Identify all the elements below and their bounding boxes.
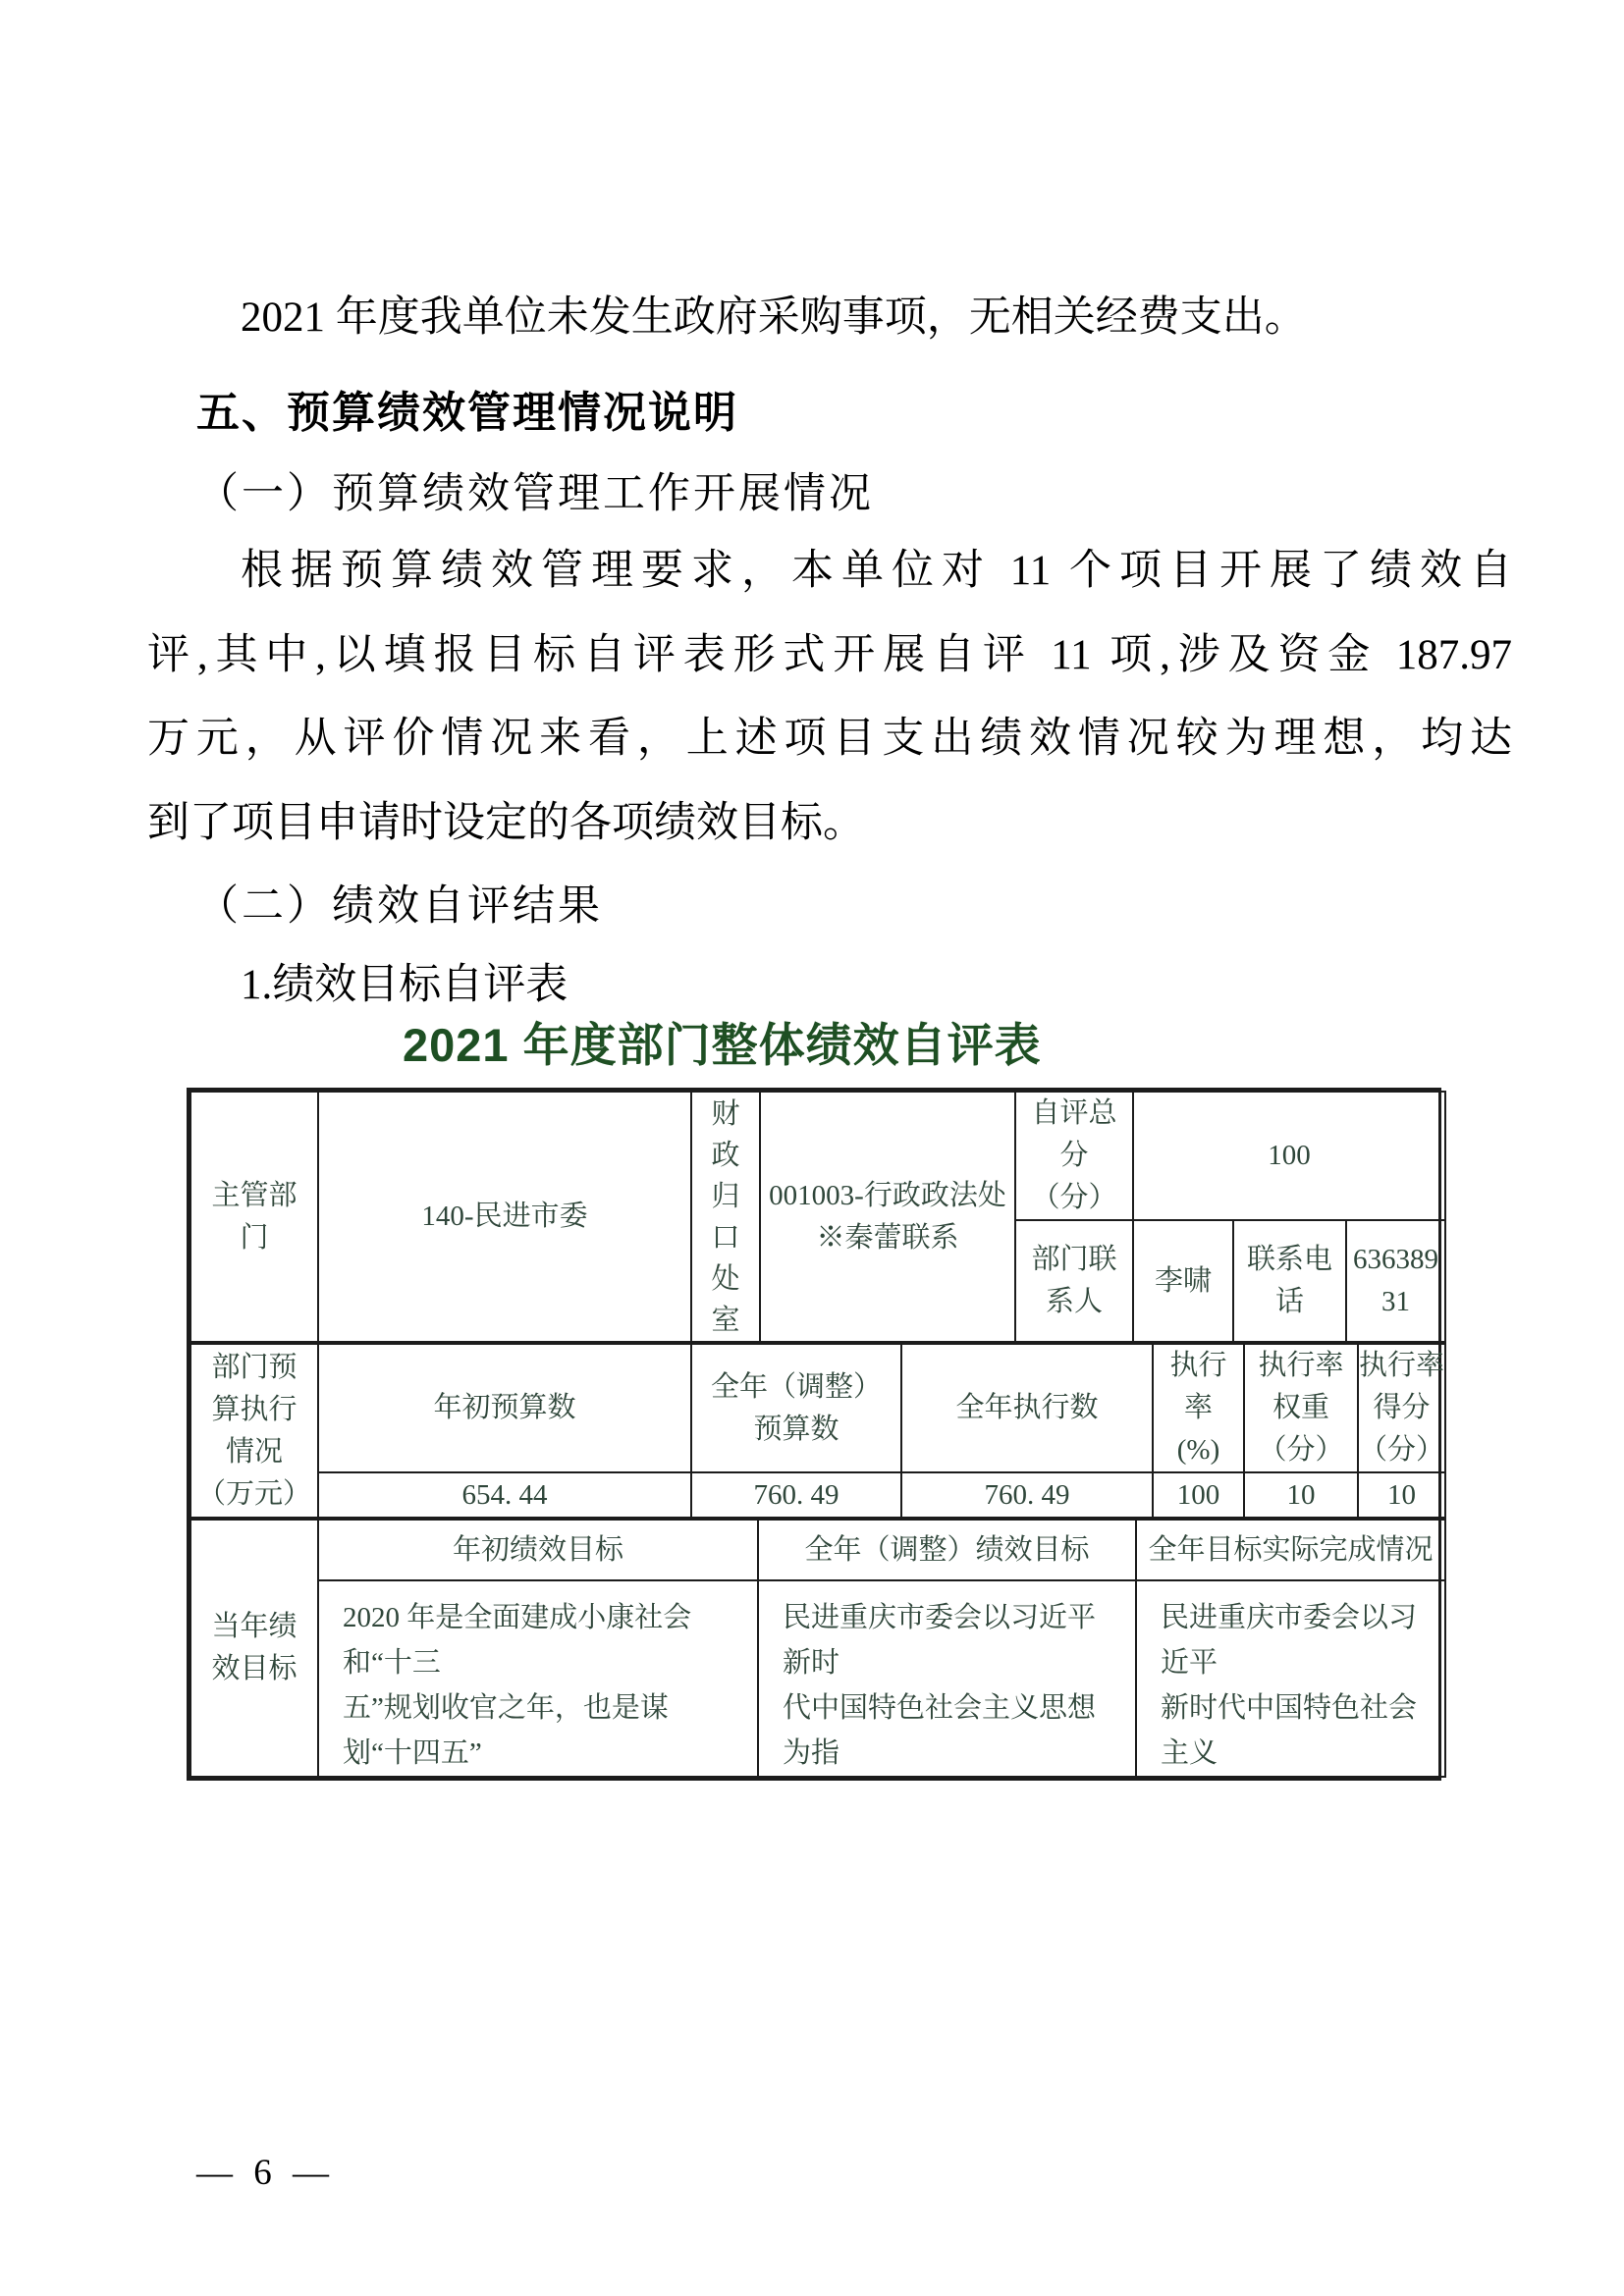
cell-budget-header-weight: 执行率 权重 （分） <box>1244 1344 1358 1472</box>
document-page: 2021 年度我单位未发生政府采购事项，无相关经费支出。 五、预算绩效管理情况说… <box>0 0 1624 2296</box>
cell-budget-value-initial: 654. 44 <box>318 1472 691 1518</box>
cell-budget-value-executed: 760. 49 <box>901 1472 1153 1518</box>
cell-budget-value-weight: 10 <box>1244 1472 1358 1518</box>
paragraph-performance-line-2: 评,其中,以填报目标自评表形式开展自评 11 项,涉及资金 187.97 <box>147 628 1512 683</box>
cell-budget-header-adjusted: 全年（调整） 预算数 <box>691 1344 901 1472</box>
cell-goals-value-adjusted: 民进重庆市委会以习近平新时 代中国特色社会主义思想为指 <box>758 1580 1136 1777</box>
cell-finance-office-label: 财 政 归 口 处 室 <box>691 1092 760 1342</box>
cell-contact-label: 部门联 系人 <box>1015 1220 1133 1342</box>
heading-sub-1: （一）预算绩效管理工作开展情况 <box>196 460 874 520</box>
table-band-goals: 当年绩 效目标 年初绩效目标 全年（调整）绩效目标 全年目标实际完成情况 202… <box>189 1519 1446 1778</box>
cell-budget-header-initial: 年初预算数 <box>318 1344 691 1472</box>
cell-goals-header-adjusted: 全年（调整）绩效目标 <box>758 1520 1136 1580</box>
paragraph-performance-line-4: 到了项目申请时设定的各项绩效目标。 <box>147 796 1512 851</box>
cell-finance-office-value: 001003-行政政法处 ※秦蕾联系 <box>760 1092 1015 1342</box>
cell-goals-label: 当年绩 效目标 <box>190 1520 318 1777</box>
cell-budget-label: 部门预 算执行 情况 （万元） <box>190 1344 318 1518</box>
cell-budget-header-rate: 执行 率 (%) <box>1153 1344 1244 1472</box>
heading-sub-2: （二）绩效自评结果 <box>196 873 603 933</box>
cell-supervisor-label: 主管部 门 <box>190 1092 318 1342</box>
table-band-budget: 部门预 算执行 情况 （万元） 年初预算数 全年（调整） 预算数 全年执行数 执… <box>189 1343 1446 1519</box>
paragraph-procurement: 2021 年度我单位未发生政府采购事项，无相关经费支出。 <box>147 291 1512 346</box>
cell-phone-value: 636389 31 <box>1346 1220 1445 1342</box>
cell-self-score-value: 100 <box>1133 1092 1445 1220</box>
cell-budget-header-executed: 全年执行数 <box>901 1344 1153 1472</box>
cell-goals-value-actual: 民进重庆市委会以习近平 新时代中国特色社会主义 <box>1136 1580 1445 1777</box>
self-evaluation-table: 主管部 门 140-民进市委 财 政 归 口 处 室 001003-行政政法处 … <box>187 1088 1441 1781</box>
paragraph-performance-line-3: 万元，从评价情况来看，上述项目支出绩效情况较为理想，均达 <box>147 712 1512 767</box>
page-number: — 6 — <box>196 2152 335 2194</box>
cell-phone-label: 联系电 话 <box>1233 1220 1346 1342</box>
paragraph-performance-line-1: 根据预算绩效管理要求，本单位对 11 个项目开展了绩效自 <box>147 544 1512 599</box>
table-title: 2021 年度部门整体绩效自评表 <box>403 1009 1042 1075</box>
heading-section-5: 五、预算绩效管理情况说明 <box>196 377 738 440</box>
cell-goals-header-initial: 年初绩效目标 <box>318 1520 758 1580</box>
table-band-info: 主管部 门 140-民进市委 财 政 归 口 处 室 001003-行政政法处 … <box>189 1091 1446 1343</box>
cell-contact-name: 李啸 <box>1133 1220 1233 1342</box>
cell-goals-header-actual: 全年目标实际完成情况 <box>1136 1520 1445 1580</box>
list-item-self-eval-table: 1.绩效目标自评表 <box>241 951 568 1011</box>
cell-supervisor-value: 140-民进市委 <box>318 1092 691 1342</box>
cell-budget-value-score: 10 <box>1358 1472 1445 1518</box>
cell-budget-header-score: 执行率 得分 （分） <box>1358 1344 1445 1472</box>
cell-goals-value-initial: 2020 年是全面建成小康社会和“十三 五”规划收官之年，也是谋划“十四五” <box>318 1580 758 1777</box>
cell-budget-value-adjusted: 760. 49 <box>691 1472 901 1518</box>
cell-self-score-label: 自评总 分 （分） <box>1015 1092 1133 1220</box>
cell-budget-value-rate: 100 <box>1153 1472 1244 1518</box>
